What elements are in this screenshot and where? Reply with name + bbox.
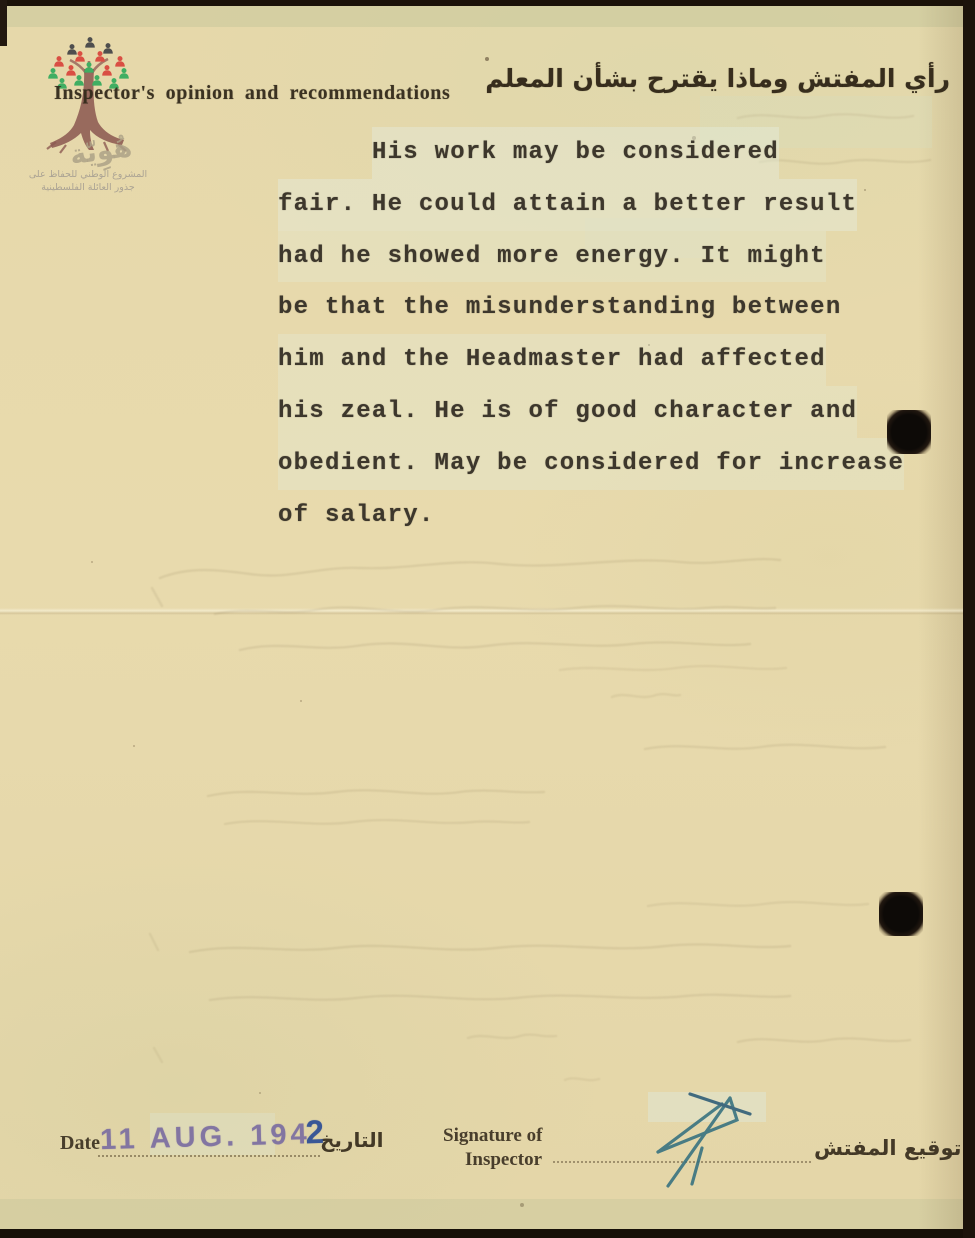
date-stamp-last-digit: 2 <box>305 1113 324 1150</box>
signature-label-arabic: توقيع المفتش <box>814 1136 962 1160</box>
inspector-signature <box>638 1090 778 1192</box>
body-line: fair. He could attain a better result <box>278 179 857 231</box>
punch-hole-bottom <box>879 892 923 936</box>
header-title-english: Inspector's opinion and recommendations <box>54 82 450 105</box>
body-line: his zeal. He is of good character and <box>278 386 857 438</box>
signature-label-line2: Inspector <box>465 1148 542 1172</box>
date-label: Date <box>60 1132 100 1155</box>
date-stamp: 11 AUG. 1942 <box>100 1113 325 1157</box>
paper-specks <box>0 0 2 2</box>
body-line: obedient. May be considered for increase <box>278 438 904 490</box>
body-line: had he showed more energy. It might <box>278 231 826 283</box>
body-line: him and the Headmaster had affected <box>278 334 826 386</box>
body-line: be that the misunderstanding between <box>278 282 841 334</box>
header-title-arabic: رأي المفتش وماذا يقترح بشأن المعلم <box>485 64 950 93</box>
scanned-document-page: هُوِيّة المشروع الوطني للحفاظ على جذور ا… <box>0 0 975 1238</box>
signature-label-line1: Signature of <box>443 1124 542 1148</box>
punch-hole-top <box>887 410 931 454</box>
signature-label: Signature of Inspector <box>443 1124 542 1172</box>
date-stamp-text: 11 AUG. 194 <box>100 1118 311 1156</box>
date-label-arabic: التاريخ <box>320 1128 383 1152</box>
typewritten-body: His work may be considered fair. He coul… <box>278 127 904 541</box>
body-line: His work may be considered <box>372 127 779 179</box>
body-line: of salary. <box>278 490 435 542</box>
